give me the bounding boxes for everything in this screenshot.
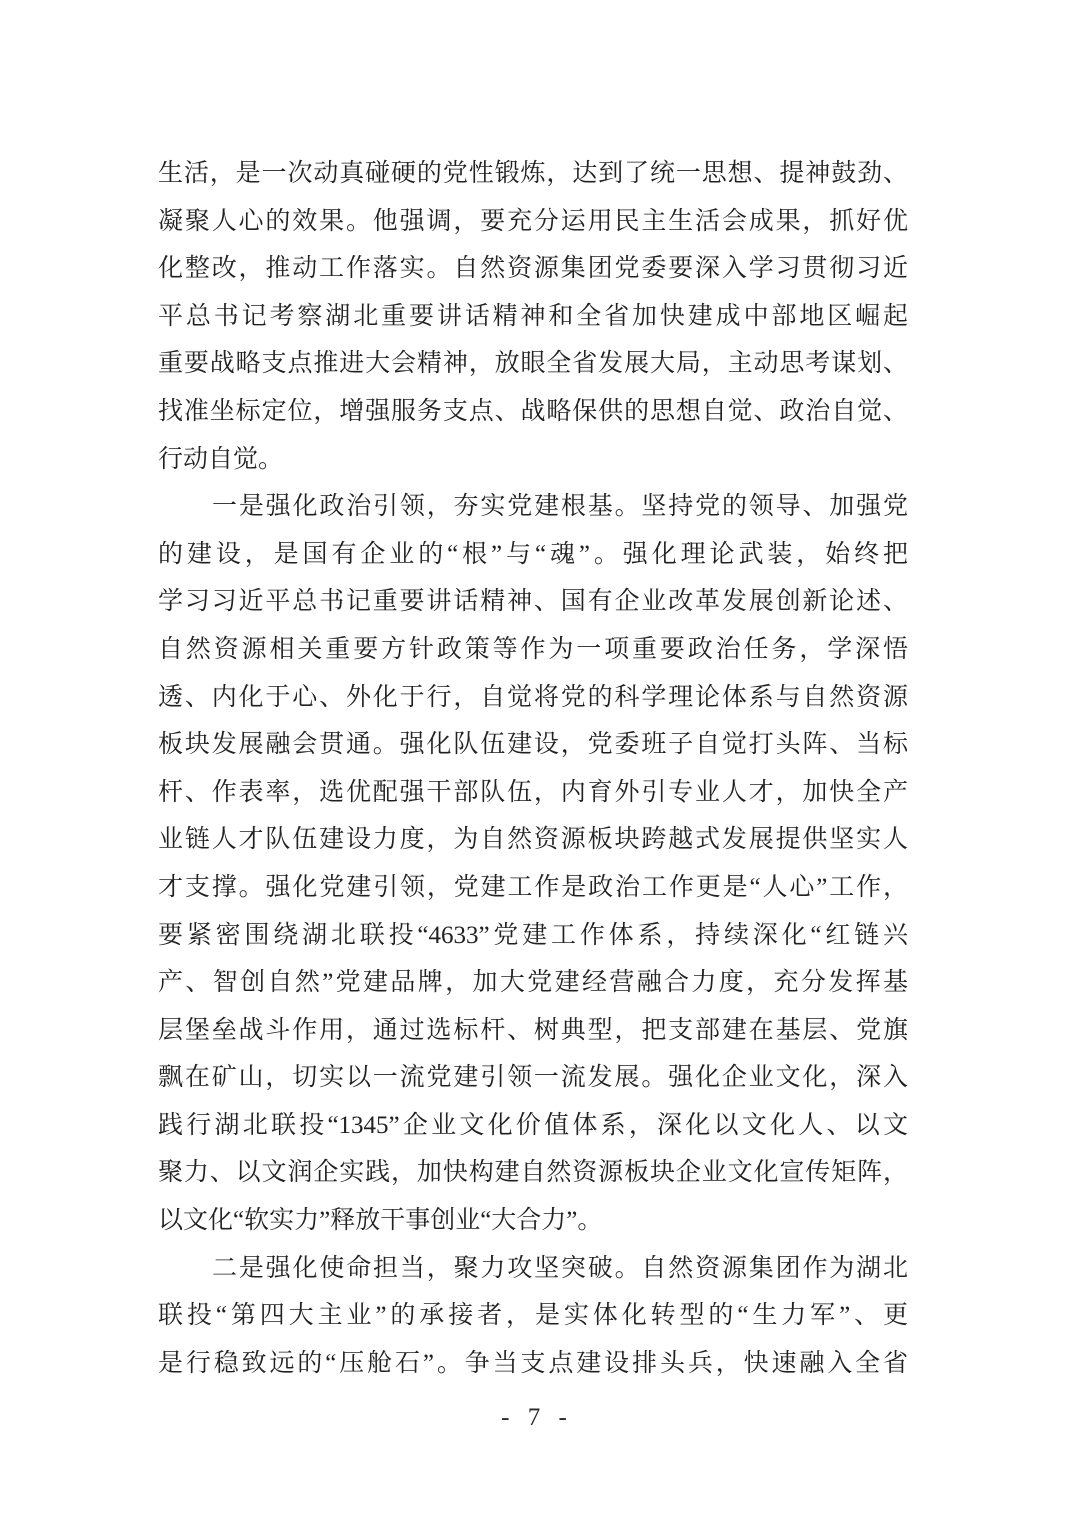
page-number: - 7 - [501, 1404, 573, 1431]
text-line: 才支撑。强化党建引领，党建工作是政治工作更是“人心”工作， [158, 864, 908, 912]
text-line: 产、智创自然”党建品牌，加大党建经营融合力度，充分发挥基 [158, 959, 908, 1007]
text-line: 杆、作表率，选优配强干部队伍，内育外引专业人才，加快全产 [158, 769, 908, 817]
text-line: 自然资源相关重要方针政策等作为一项重要政治任务，学深悟 [158, 626, 908, 674]
text-line: 生活，是一次动真碰硬的党性锻炼，达到了统一思想、提神鼓劲、 [158, 150, 908, 198]
text-line: 透、内化于心、外化于行，自觉将党的科学理论体系与自然资源 [158, 674, 908, 722]
text-line: 学习习近平总书记重要讲话精神、国有企业改革发展创新论述、 [158, 578, 908, 626]
text-line: 层堡垒战斗作用，通过选标杆、树典型，把支部建在基层、党旗 [158, 1007, 908, 1055]
text-line: 联投“第四大主业”的承接者，是实体化转型的“生力军”、更 [158, 1292, 908, 1340]
page-footer: - 7 - [0, 1404, 1074, 1432]
text-line: 化整改，推动工作落实。自然资源集团党委要深入学习贯彻习近 [158, 245, 908, 293]
text-line: 重要战略支点推进大会精神，放眼全省发展大局，主动思考谋划、 [158, 340, 908, 388]
text-line: 践行湖北联投“1345”企业文化价值体系，深化以文化人、以文 [158, 1102, 908, 1150]
text-line: 板块发展融会贯通。强化队伍建设，党委班子自觉打头阵、当标 [158, 721, 908, 769]
text-line: 二是强化使命担当，聚力攻坚突破。自然资源集团作为湖北 [158, 1245, 908, 1293]
text-line: 的建设，是国有企业的“根”与“魂”。强化理论武装，始终把 [158, 531, 908, 579]
text-line: 行动自觉。 [158, 436, 908, 484]
text-line: 凝聚人心的效果。他强调，要充分运用民主生活会成果，抓好优 [158, 198, 908, 246]
document-page: 生活，是一次动真碰硬的党性锻炼，达到了统一思想、提神鼓劲、凝聚人心的效果。他强调… [0, 0, 1074, 1520]
text-line: 以文化“软实力”释放干事创业“大合力”。 [158, 1197, 908, 1245]
text-line: 飘在矿山，切实以一流党建引领一流发展。强化企业文化，深入 [158, 1054, 908, 1102]
text-line: 找准坐标定位，增强服务支点、战略保供的思想自觉、政治自觉、 [158, 388, 908, 436]
document-body: 生活，是一次动真碰硬的党性锻炼，达到了统一思想、提神鼓劲、凝聚人心的效果。他强调… [158, 150, 908, 1387]
text-line: 平总书记考察湖北重要讲话精神和全省加快建成中部地区崛起 [158, 293, 908, 341]
text-line: 要紧密围绕湖北联投“4633”党建工作体系，持续深化“红链兴 [158, 912, 908, 960]
text-line: 业链人才队伍建设力度，为自然资源板块跨越式发展提供坚实人 [158, 816, 908, 864]
text-line: 是行稳致远的“压舱石”。争当支点建设排头兵，快速融入全省 [158, 1340, 908, 1388]
text-line: 聚力、以文润企实践，加快构建自然资源板块企业文化宣传矩阵， [158, 1149, 908, 1197]
text-line: 一是强化政治引领，夯实党建根基。坚持党的领导、加强党 [158, 483, 908, 531]
